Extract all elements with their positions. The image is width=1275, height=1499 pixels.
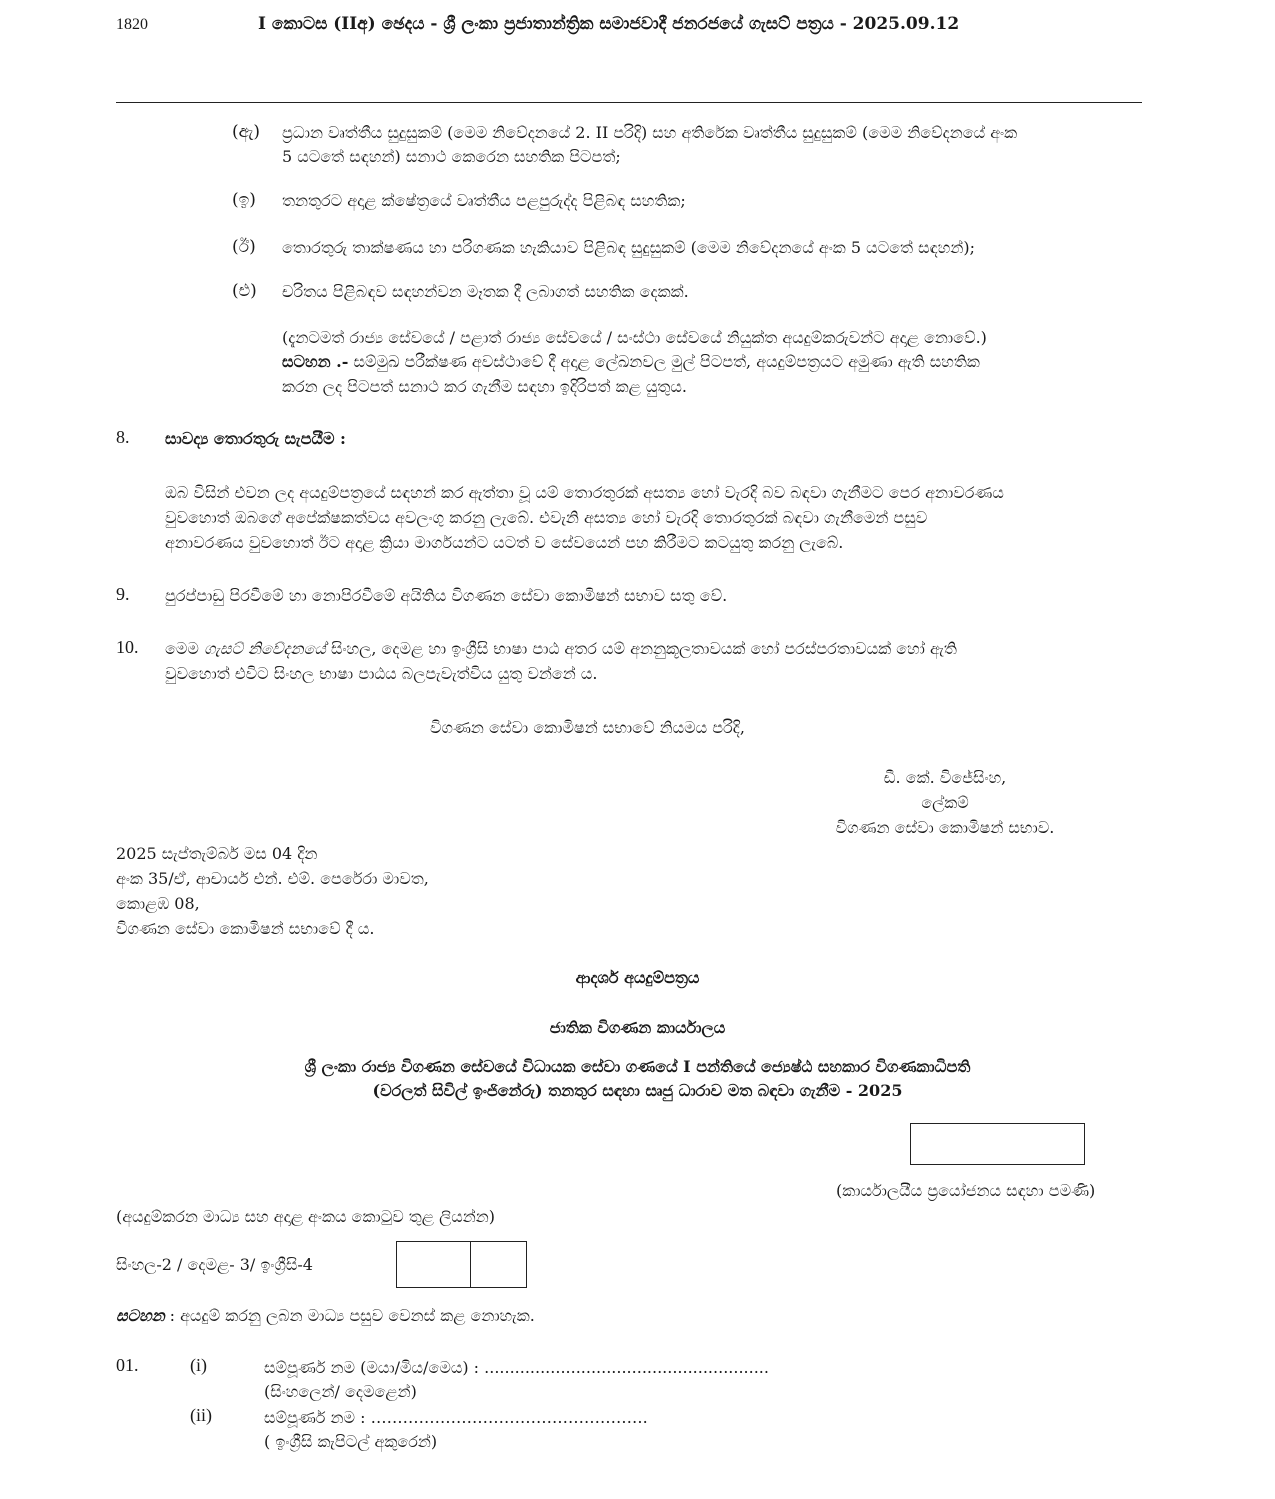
address-line: කොළඹ 08, — [116, 893, 200, 915]
medium-code-box-2[interactable] — [470, 1241, 527, 1288]
signature-org: විගණන සේවා කොමිෂන් සභාව. — [810, 817, 1080, 839]
medium-code-box-1[interactable] — [396, 1241, 472, 1288]
address-line: විගණන සේවා කොමිෂන් සභාවේ දී ය. — [116, 918, 374, 940]
form-note-label: සටහන — [116, 1306, 165, 1325]
section-text: ඔබ විසින් එවන ලද අයදුම්පත්‍රයේ සඳහන් කර … — [165, 482, 1004, 504]
form-office: ජාතික විගණන කාර්යාලය — [0, 1017, 1275, 1039]
list-item-text: ප්‍රධාන වෘත්තීය සුදුසුකම් (මෙම නිවේදනයේ … — [282, 122, 1017, 144]
section-text: පුරප්පාඩු පිරවීමේ හා නොපිරවීමේ අයිතිය වි… — [165, 585, 727, 607]
list-marker: (ඊ) — [232, 237, 256, 257]
form-title: ආදර්ශ අයදුම්පත්‍රය — [0, 967, 1275, 989]
office-use-label: (කාර්යාලයීය ප්‍රයෝජනය සඳහා පමණි) — [836, 1180, 1095, 1202]
medium-options: සිංහල-2 / දෙමළ- 3/ ඉංග්‍රීසි-4 — [116, 1254, 313, 1276]
section-text: මෙම ගැසට් නිවේදනයේ සිංහල, දෙමළ හා ඉංග්‍ර… — [165, 638, 957, 660]
form-note-text: : අයදුම් කරනු ලබන මාධ්‍ය පසුව වෙනස් කළ න… — [165, 1306, 535, 1325]
header-rule — [116, 102, 1142, 103]
section-text: අනාවරණය වුවහොත් ඊට අදාළ ක්‍රියා මාර්ගයන්… — [165, 532, 843, 554]
question-number: 01. — [116, 1355, 139, 1376]
section-number: 8. — [116, 427, 130, 448]
section-text-prefix: මෙම — [165, 639, 204, 658]
address-line: අංක 35/ඒ, ආචාර්ය එන්. එම්. පෙරේරා මාවත, — [116, 868, 429, 890]
section-number: 9. — [116, 584, 130, 605]
note-line: සටහන .- සම්මුඛ පරීක්ෂණ අවස්ථාවේ දී අදාළ … — [282, 351, 980, 373]
form-heading-line1: ශ්‍රී ලංකා රාජ්‍ය විගණන සේවයේ විධායක සේව… — [0, 1056, 1275, 1078]
field-marker: (i) — [190, 1355, 207, 1376]
list-marker: (එ) — [232, 281, 257, 301]
note-text: සම්මුඛ පරීක්ෂණ අවස්ථාවේ දී අදාළ ලේඛනවල ම… — [348, 352, 979, 371]
section-text: වුවහොත් එවිට සිංහල භාෂා පාඨය බලපැවැත්විය… — [165, 663, 597, 685]
list-item-text: තොරතුරු තාක්ෂණය හා පරිගණක හැකියාව පිළිබඳ… — [282, 237, 975, 259]
medium-instruction: (අයදුම්කරන මාධ්‍ය සහ අදාළ අංකය කොටුව තුළ… — [116, 1206, 495, 1228]
list-marker: (ඇ) — [232, 122, 260, 142]
section-text: වුවහොත් ඔබගේ අපේක්ෂකත්වය අවලංගු කරනු ලැබ… — [165, 507, 927, 529]
gazette-header-title: I කොටස (IIඅ) ඡෙදය - ශ්‍රී ලංකා ප්‍රජාතාන… — [258, 14, 959, 34]
note-line: කරන ලද පිටපත් සනාථ කර ගැනීම සඳහා ඉදිරිපත… — [282, 376, 687, 398]
form-note: සටහන : අයදුම් කරනු ලබන මාධ්‍ය පසුව වෙනස්… — [116, 1305, 535, 1327]
field-hint: (සිංහලෙන්/ දෙමළෙන්) — [264, 1381, 417, 1403]
office-use-box — [910, 1123, 1085, 1165]
section-text-italic: ගැසට් නිවේදනයේ — [204, 639, 326, 658]
address-line: 2025 සැප්තැම්බර් මස 04 දින — [116, 843, 317, 865]
page-number: 1820 — [116, 16, 148, 34]
field-hint: ( ඉංග්‍රීසි කැපිටල් අකුරෙන්) — [264, 1431, 437, 1453]
list-item-text: 5 යටතේ සඳහන්) සනාථ කෙරෙන සහතික පිටපත්; — [282, 146, 621, 168]
note-line: (දැනටමත් රාජ්‍ය සේවයේ / පළාත් රාජ්‍ය සේව… — [282, 327, 987, 349]
signature-name: ඩී. කේ. විජේසිංහ, — [810, 767, 1080, 789]
list-item-text: චරිතය පිළිබඳව සඳහන්වන මෑතක දී ලබාගත් සහත… — [282, 281, 689, 303]
list-item-text: තනතුරට අදාළ ක්ෂේත්‍රයේ වෘත්තීය පළපුරුද්ද… — [282, 190, 686, 212]
list-marker: (ඉ) — [232, 190, 256, 210]
section-number: 10. — [116, 637, 139, 658]
section-text-rest: සිංහල, දෙමළ හා ඉංග්‍රීසි භාෂා පාඨ අතර යම… — [331, 639, 957, 658]
closing-line: විගණන සේවා කොමිෂන් සභාවේ නියමය පරිදි, — [430, 717, 745, 739]
full-name-field-sinhala[interactable]: සම්පූර්ණ නම (මයා/මිය/මෙය) : ............… — [264, 1357, 769, 1379]
field-marker: (ii) — [190, 1405, 212, 1426]
section-heading: සාවද්‍ය තොරතුරු සැපයීම : — [165, 428, 346, 450]
full-name-field-english[interactable]: සම්පූර්ණ නම : ……………………………………………. — [264, 1407, 648, 1429]
note-label: සටහන .- — [282, 352, 348, 371]
signature-title: ලේකම් — [810, 792, 1080, 814]
form-heading-line2: (වරලත් සිවිල් ඉංජිනේරු) තනතුර සඳහා සෘජු … — [0, 1080, 1275, 1102]
